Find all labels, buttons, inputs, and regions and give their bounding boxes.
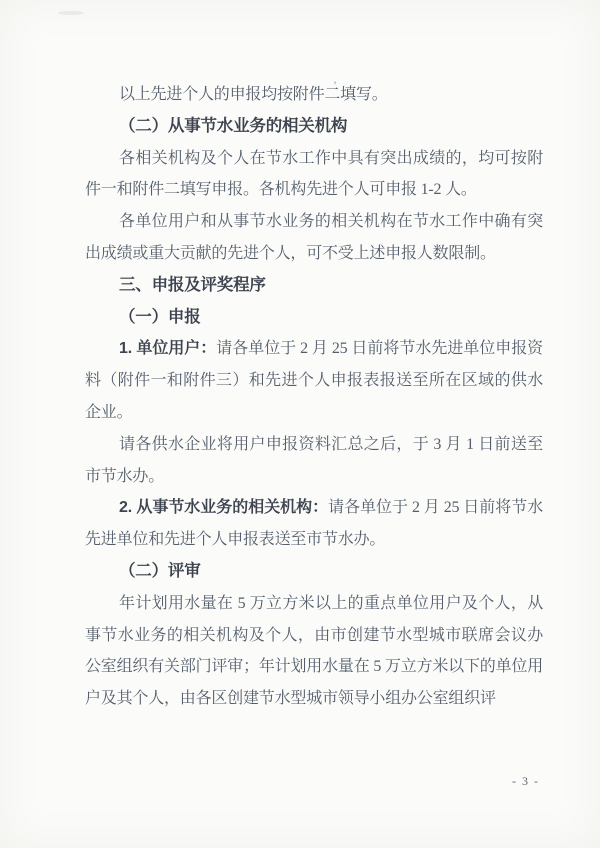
section-heading: （二）评审 [85, 556, 543, 588]
paragraph-bold-lead: 1. 单位用户： [119, 340, 216, 357]
body-paragraph: 请各供水企业将用户申报资料汇总之后，于 3 月 1 日前送至市节水办。 [85, 429, 543, 493]
body-paragraph: 1. 单位用户：请各单位于 2 月 25 日前将节水先进单位申报资料（附件一和附… [85, 333, 543, 428]
page-number: - 3 - [512, 774, 540, 789]
scan-smudge [58, 11, 84, 15]
body-paragraph: 以上先进个人的申报均按附件二填写。 [85, 79, 543, 111]
section-heading: （二）从事节水业务的相关机构 [85, 111, 543, 143]
body-paragraph: 2. 从事节水业务的相关机构：请各单位于 2 月 25 日前将节水先进单位和先进… [85, 492, 543, 556]
body-paragraph: 年计划用水量在 5 万立方米以上的重点单位用户及个人，从事节水业务的相关机构及个… [85, 588, 543, 715]
scanned-document-page: ’ 以上先进个人的申报均按附件二填写。（二）从事节水业务的相关机构各相关机构及个… [0, 0, 600, 848]
document-body: 以上先进个人的申报均按附件二填写。（二）从事节水业务的相关机构各相关机构及个人在… [85, 79, 543, 715]
paragraph-bold-lead: 2. 从事节水业务的相关机构： [119, 499, 328, 516]
body-paragraph: 各相关机构及个人在节水工作中具有突出成绩的，均可按附件一和附件二填写申报。各机构… [85, 143, 543, 207]
body-paragraph: 各单位用户和从事节水业务的相关机构在节水工作中确有突出成绩或重大贡献的先进个人，… [85, 206, 543, 270]
section-heading: 三、申报及评奖程序 [85, 270, 543, 302]
section-heading: （一）申报 [85, 302, 543, 334]
